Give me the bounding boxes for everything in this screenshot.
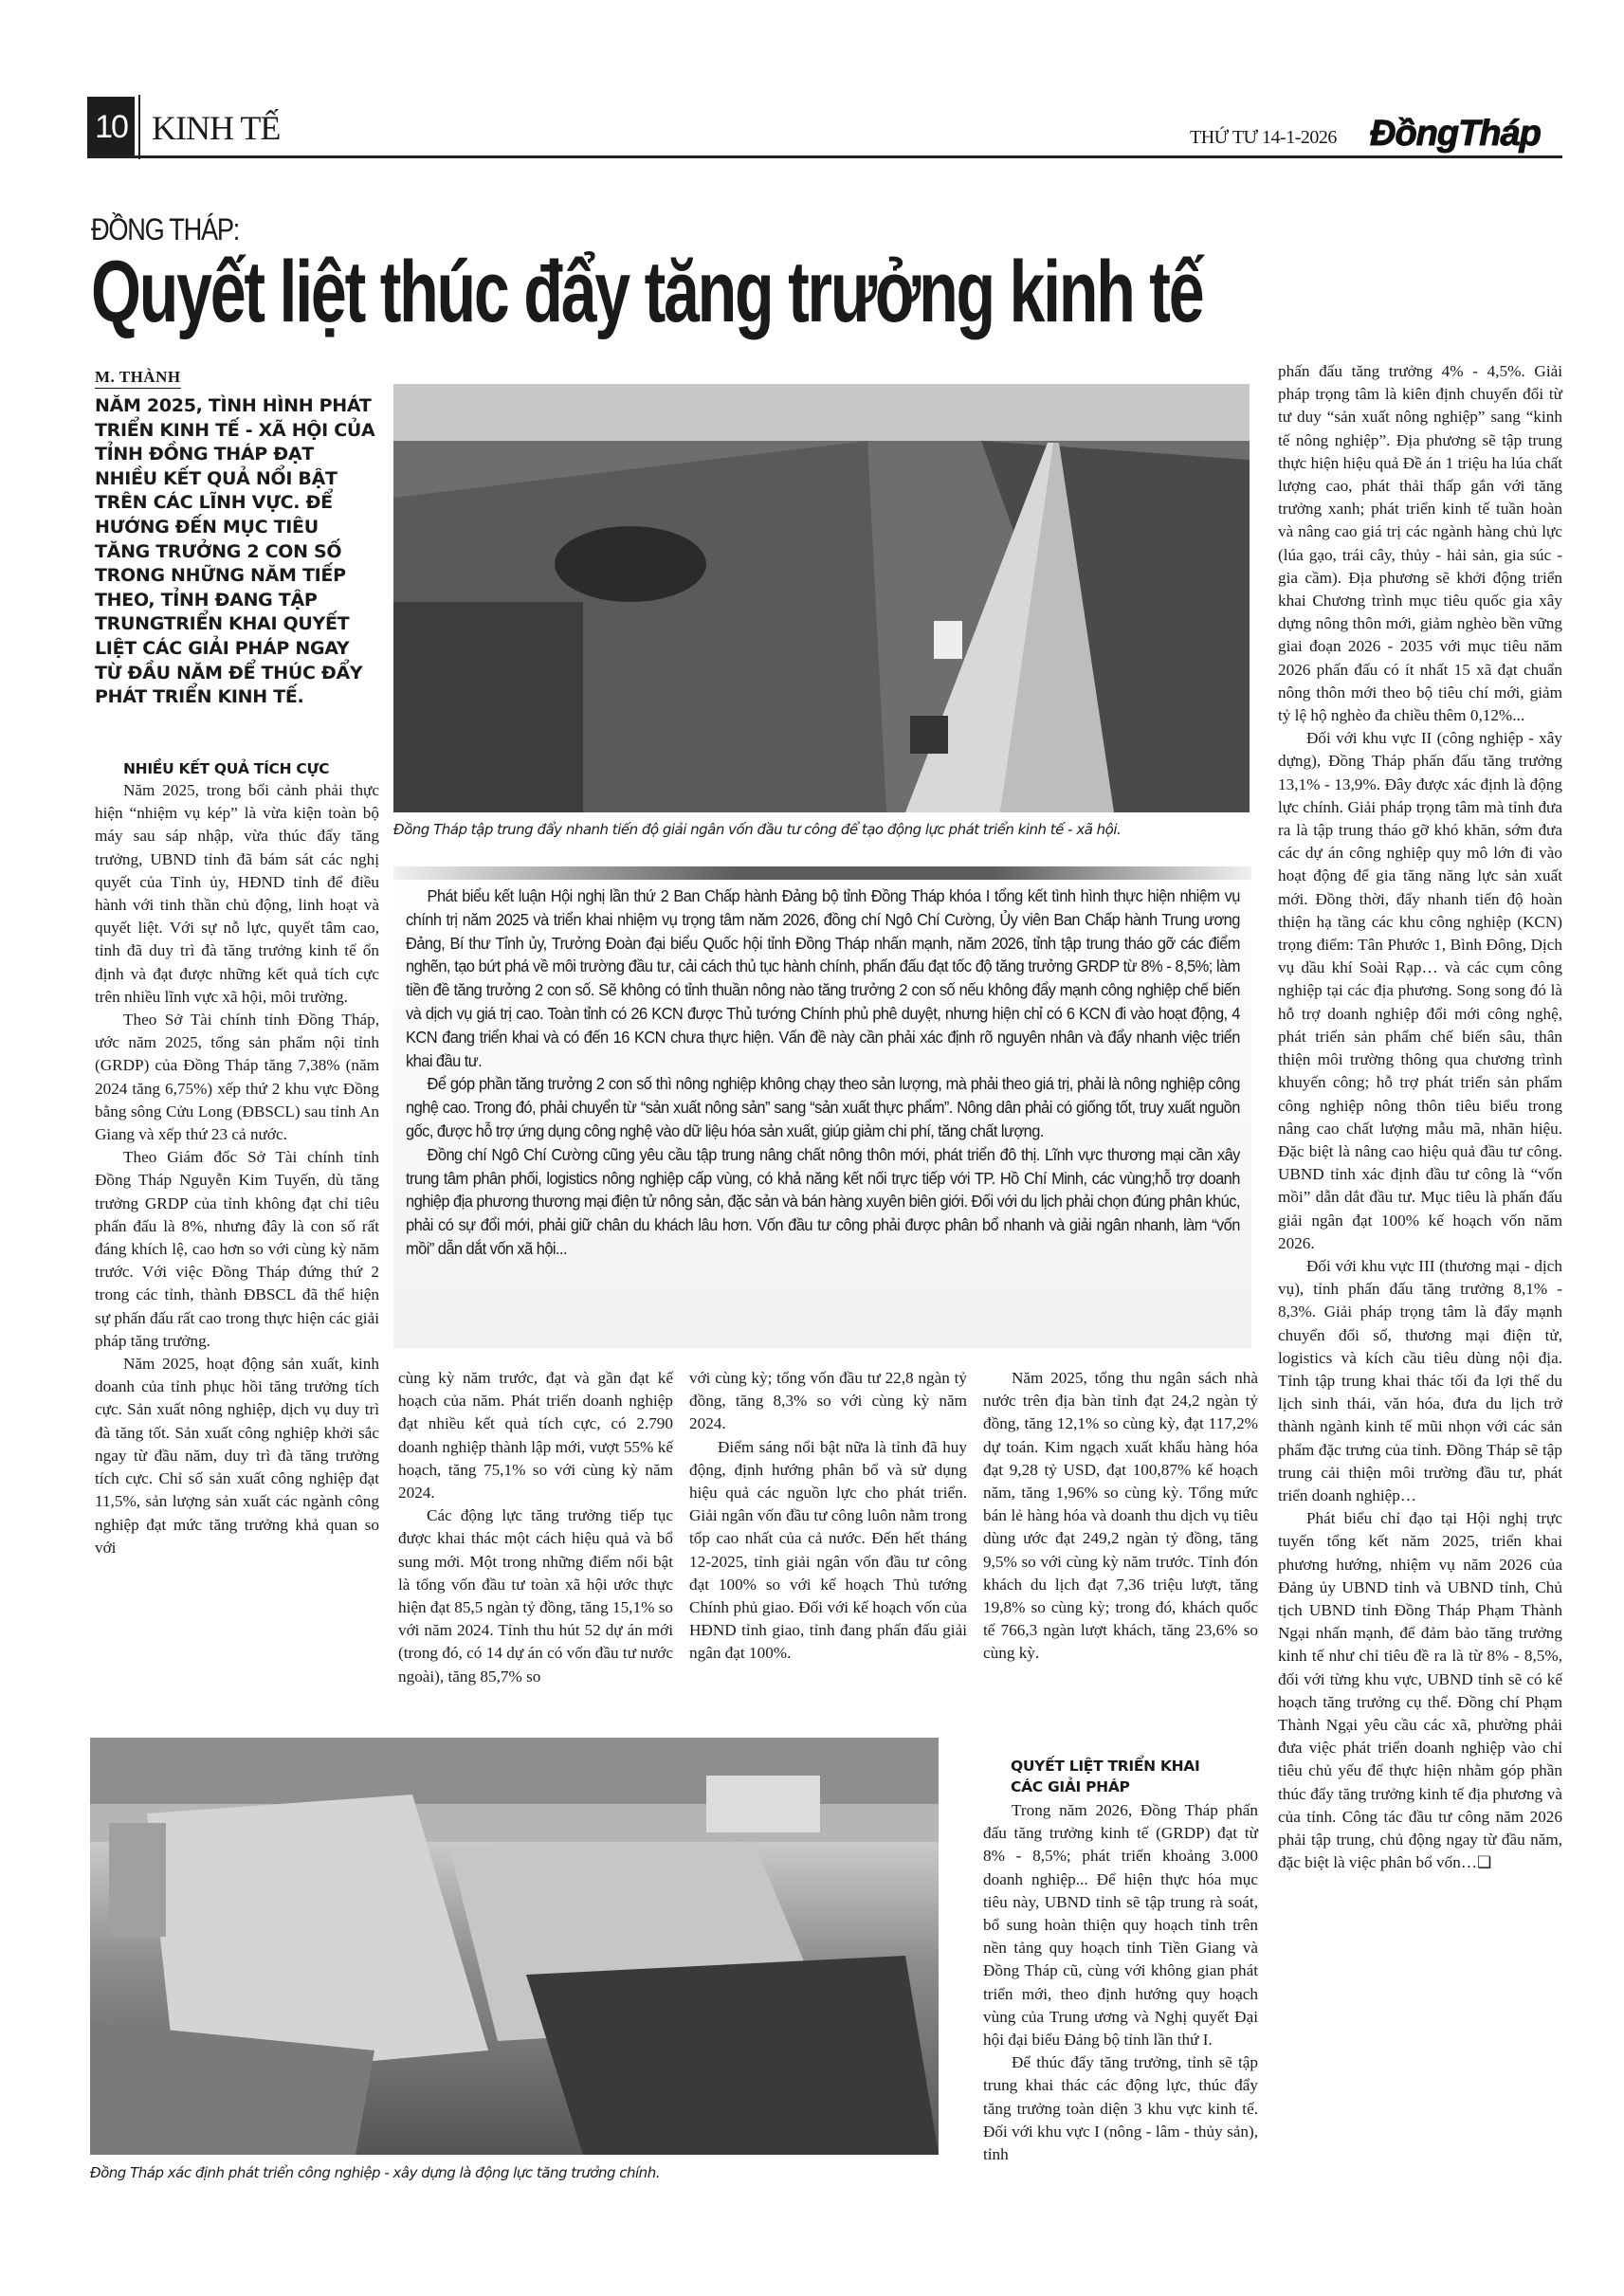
paragraph: Điểm sáng nổi bật nữa là tỉnh đã huy độn… <box>689 1436 967 1666</box>
column-2: cùng kỳ năm trước, đạt và gần đạt kế hoạ… <box>398 1367 673 1688</box>
masthead-logo: ĐồngTháp <box>1370 114 1541 155</box>
subhead-line: QUYẾT LIỆT TRIỂN KHAI <box>1011 1756 1199 1777</box>
paragraph: Đối với khu vực II (công nghiệp - xây dự… <box>1278 727 1562 1255</box>
column-4-top: Năm 2025, tổng thu ngân sách nhà nước tr… <box>983 1367 1258 1666</box>
issue-date: THỨ TƯ 14-1-2026 <box>1190 127 1337 149</box>
subhead-positive-results: NHIỀU KẾT QUẢ TÍCH CỰC <box>123 758 329 779</box>
article-kicker: ĐỒNG THÁP: <box>91 212 239 247</box>
box-paragraph: Phát biểu kết luận Hội nghị lần thứ 2 Ba… <box>406 884 1240 1072</box>
column-1: Năm 2025, trong bối cảnh phải thực hiện … <box>95 779 379 1559</box>
aerial-factory-image <box>90 1738 939 2155</box>
paragraph: Năm 2025, tổng thu ngân sách nhà nước tr… <box>983 1367 1258 1666</box>
column-4-bottom: Trong năm 2026, Đồng Tháp phấn đấu tăng … <box>983 1799 1258 2166</box>
byline: M. THÀNH <box>95 368 181 389</box>
paragraph: Các động lực tăng trưởng tiếp tục được k… <box>398 1504 673 1688</box>
section-title: KINH TẾ <box>152 108 280 148</box>
subhead-line: CÁC GIẢI PHÁP <box>1011 1777 1199 1797</box>
paragraph: Theo Sở Tài chính tỉnh Đồng Tháp, ước nă… <box>95 1009 379 1146</box>
paragraph: Phát biểu chỉ đạo tại Hội nghị trực tuyế… <box>1278 1507 1562 1874</box>
paragraph: Theo Giám đốc Sở Tài chính tỉnh Đồng Thá… <box>95 1146 379 1353</box>
page-number: 10 <box>87 97 135 157</box>
road-construction-photo <box>393 384 1250 812</box>
subhead-solutions: QUYẾT LIỆT TRIỂN KHAI CÁC GIẢI PHÁP <box>1011 1756 1199 1797</box>
article-headline: Quyết liệt thúc đẩy tăng trưởng kinh tế <box>91 248 1202 336</box>
box-paragraph: Để góp phần tăng trưởng 2 con số thì nôn… <box>406 1072 1240 1142</box>
header-divider <box>138 95 140 159</box>
quote-box-bar <box>393 866 1251 880</box>
box-paragraph: Đồng chí Ngô Chí Cường cũng yêu cầu tập … <box>406 1143 1240 1261</box>
paragraph: Để thúc đẩy tăng trưởng, tỉnh sẽ tập tru… <box>983 2051 1258 2166</box>
industrial-park-photo <box>90 1738 939 2155</box>
photo1-caption: Đồng Tháp tập trung đẩy nhanh tiến độ gi… <box>393 821 1121 838</box>
paragraph: Năm 2025, trong bối cảnh phải thực hiện … <box>95 779 379 1009</box>
photo2-caption: Đồng Tháp xác định phát triển công nghiệ… <box>90 2164 660 2181</box>
paragraph: cùng kỳ năm trước, đạt và gần đạt kế hoạ… <box>398 1367 673 1504</box>
paragraph: Đối với khu vực III (thương mại - dịch v… <box>1278 1255 1562 1507</box>
column-3: với cùng kỳ; tổng vốn đầu tư 22,8 ngàn t… <box>689 1367 967 1666</box>
column-5: phấn đấu tăng trưởng 4% - 4,5%. Giải phá… <box>1278 360 1562 1874</box>
quote-box-text: Phát biểu kết luận Hội nghị lần thứ 2 Ba… <box>406 884 1240 1261</box>
paragraph: Năm 2025, hoạt động sản xuất, kinh doanh… <box>95 1353 379 1559</box>
paragraph: phấn đấu tăng trưởng 4% - 4,5%. Giải phá… <box>1278 360 1562 727</box>
aerial-road-image <box>393 384 1250 812</box>
article-lead: NĂM 2025, TÌNH HÌNH PHÁT TRIỂN KINH TẾ -… <box>95 394 379 710</box>
paragraph: với cùng kỳ; tổng vốn đầu tư 22,8 ngàn t… <box>689 1367 967 1436</box>
paragraph: Trong năm 2026, Đồng Tháp phấn đấu tăng … <box>983 1799 1258 2051</box>
header-rule <box>87 155 1562 158</box>
